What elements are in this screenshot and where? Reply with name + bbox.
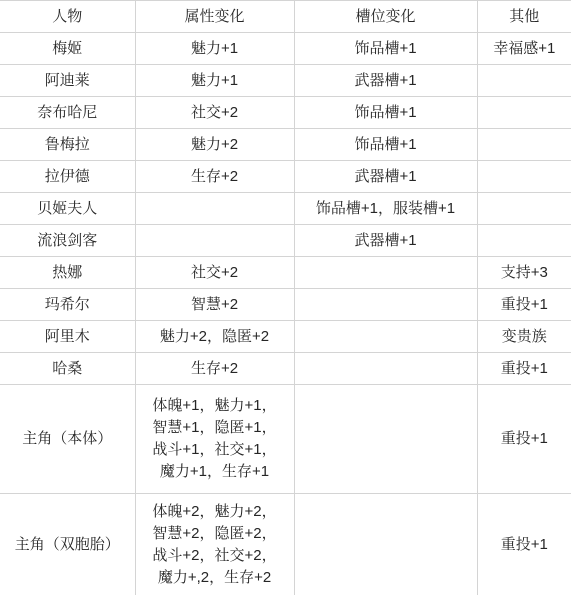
cell-attr-change: 社交+2 [135,257,294,289]
cell-other: 幸福感+1 [477,33,571,65]
cell-attr-change: 生存+2 [135,161,294,193]
header-slot-change: 槽位变化 [294,1,477,33]
cell-slot-change: 饰品槽+1 [294,129,477,161]
cell-attr-change [135,225,294,257]
cell-other: 重投+1 [477,289,571,321]
spreadsheet-table: 人物 属性变化 槽位变化 其他 梅姬 魅力+1 饰品槽+1 幸福感+1 阿迪莱 … [0,0,571,595]
cell-character: 热娜 [0,257,135,289]
cell-slot-change: 武器槽+1 [294,225,477,257]
cell-other: 变贵族 [477,321,571,353]
table-row: 鲁梅拉 魅力+2 饰品槽+1 [0,129,571,161]
cell-character: 主角（本体） [0,385,135,494]
cell-character: 流浪剑客 [0,225,135,257]
cell-other: 重投+1 [477,494,571,595]
cell-attr-change: 魅力+2 [135,129,294,161]
table-row-protagonist-main: 主角（本体） 体魄+1，魅力+1， 智慧+1，隐匿+1， 战斗+1，社交+1， … [0,385,571,494]
cell-attr-change: 智慧+2 [135,289,294,321]
cell-slot-change [294,385,477,494]
cell-attr-change: 体魄+1，魅力+1， 智慧+1，隐匿+1， 战斗+1，社交+1， 魔力+1，生存… [135,385,294,494]
table-row-protagonist-twin: 主角（双胞胎） 体魄+2，魅力+2， 智慧+2，隐匿+2， 战斗+2，社交+2，… [0,494,571,595]
cell-slot-change [294,353,477,385]
cell-other [477,225,571,257]
cell-other [477,161,571,193]
header-other: 其他 [477,1,571,33]
table-row: 阿里木 魅力+2，隐匿+2 变贵族 [0,321,571,353]
cell-attr-change: 体魄+2，魅力+2， 智慧+2，隐匿+2， 战斗+2，社交+2， 魔力+,2，生… [135,494,294,595]
cell-other [477,97,571,129]
table-row: 梅姬 魅力+1 饰品槽+1 幸福感+1 [0,33,571,65]
cell-other: 支持+3 [477,257,571,289]
table-row: 玛希尔 智慧+2 重投+1 [0,289,571,321]
table-row: 热娜 社交+2 支持+3 [0,257,571,289]
cell-character: 鲁梅拉 [0,129,135,161]
cell-character: 玛希尔 [0,289,135,321]
cell-attr-change: 魅力+1 [135,33,294,65]
cell-slot-change [294,321,477,353]
cell-slot-change: 饰品槽+1 [294,97,477,129]
cell-other: 重投+1 [477,353,571,385]
cell-other [477,193,571,225]
cell-character: 哈桑 [0,353,135,385]
cell-character: 主角（双胞胎） [0,494,135,595]
table-row: 流浪剑客 武器槽+1 [0,225,571,257]
cell-attr-change: 魅力+1 [135,65,294,97]
cell-slot-change [294,494,477,595]
header-character: 人物 [0,1,135,33]
character-bonus-table: 人物 属性变化 槽位变化 其他 梅姬 魅力+1 饰品槽+1 幸福感+1 阿迪莱 … [0,0,571,595]
table-row: 奈布哈尼 社交+2 饰品槽+1 [0,97,571,129]
cell-attr-change: 社交+2 [135,97,294,129]
cell-slot-change: 武器槽+1 [294,161,477,193]
cell-slot-change [294,257,477,289]
cell-character: 贝姬夫人 [0,193,135,225]
cell-character: 梅姬 [0,33,135,65]
table-row: 拉伊德 生存+2 武器槽+1 [0,161,571,193]
cell-slot-change: 饰品槽+1 [294,33,477,65]
cell-other: 重投+1 [477,385,571,494]
header-row: 人物 属性变化 槽位变化 其他 [0,1,571,33]
cell-attr-change: 生存+2 [135,353,294,385]
cell-slot-change [294,289,477,321]
cell-character: 阿迪莱 [0,65,135,97]
table-row: 哈桑 生存+2 重投+1 [0,353,571,385]
table-row: 阿迪莱 魅力+1 武器槽+1 [0,65,571,97]
cell-other [477,65,571,97]
cell-other [477,129,571,161]
cell-character: 拉伊德 [0,161,135,193]
cell-character: 奈布哈尼 [0,97,135,129]
cell-slot-change: 饰品槽+1，服装槽+1 [294,193,477,225]
cell-attr-change: 魅力+2，隐匿+2 [135,321,294,353]
table-row: 贝姬夫人 饰品槽+1，服装槽+1 [0,193,571,225]
cell-slot-change: 武器槽+1 [294,65,477,97]
cell-character: 阿里木 [0,321,135,353]
cell-attr-change [135,193,294,225]
header-attr-change: 属性变化 [135,1,294,33]
